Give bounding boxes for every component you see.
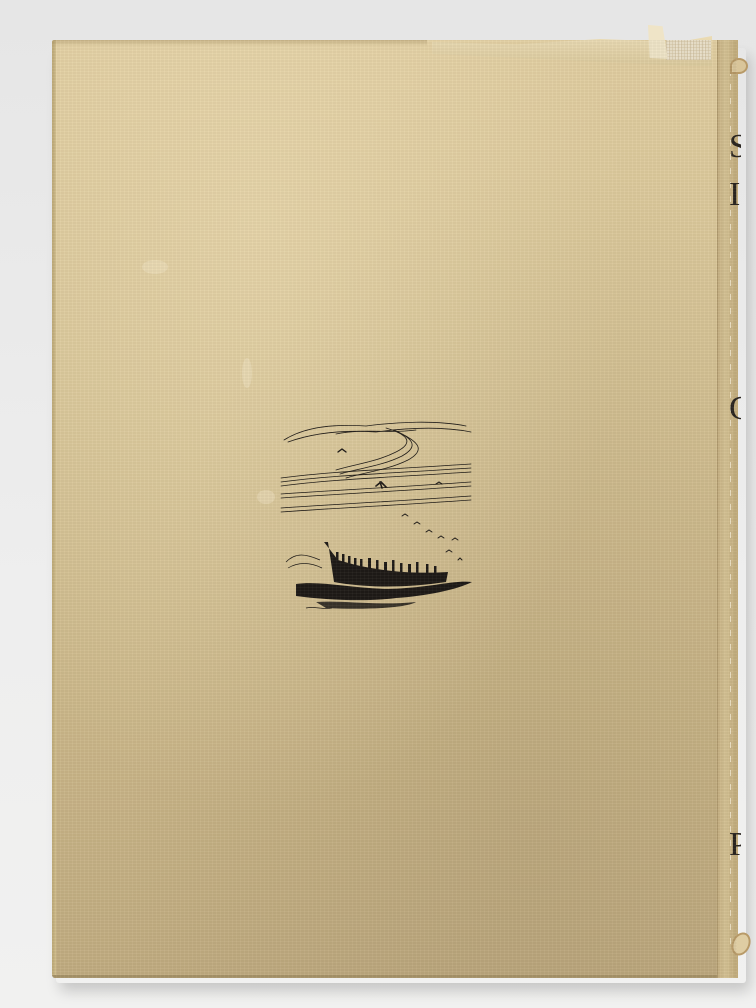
paper-stain [242, 358, 252, 388]
spine-letter: P [729, 828, 741, 862]
paper-stain [142, 260, 168, 274]
book-back-cover: S I C P [52, 40, 737, 978]
cover-bottom-edge [52, 975, 737, 978]
spine-letter: S [729, 130, 741, 164]
curled-corner-top [730, 58, 748, 74]
book-spine-edge: S I C P [717, 40, 738, 978]
spine-letter: C [729, 392, 741, 426]
spine-letter: I [729, 178, 741, 212]
paper-stain [257, 490, 275, 504]
top-edge-wear [52, 40, 427, 46]
shipwreck-illustration [276, 412, 476, 612]
exposed-cloth-binding [666, 40, 711, 60]
cover-left-edge [52, 40, 56, 978]
